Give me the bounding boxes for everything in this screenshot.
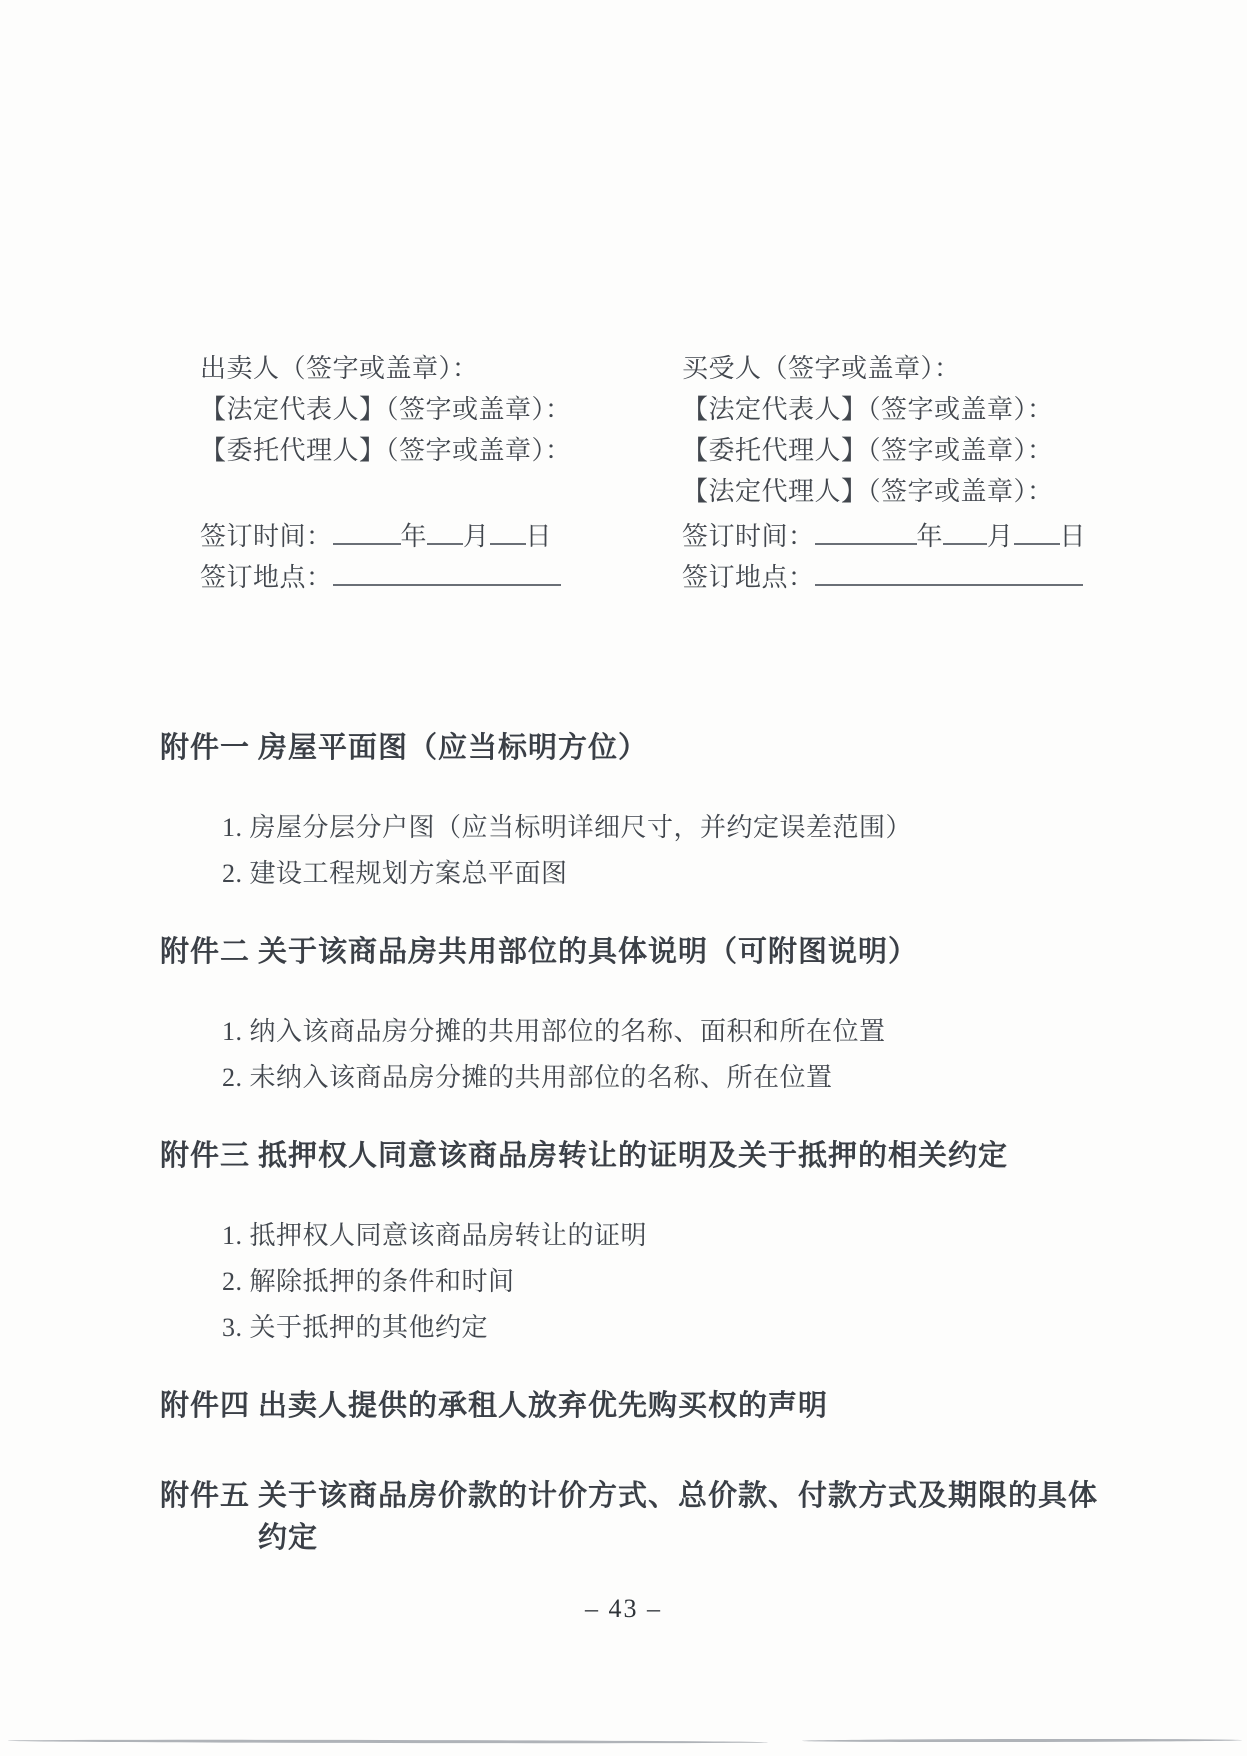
attachments-list: 附件一 房屋平面图（应当标明方位） 1. 房屋分层分户图（应当标明详细尺寸，并约… xyxy=(160,727,1160,1559)
attachment-2-label: 附件二 xyxy=(160,931,258,973)
attachment-3-items: 1. 抵押权人同意该商品房转让的证明 2. 解除抵押的条件和时间 3. 关于抵押… xyxy=(222,1213,1160,1351)
day-label: 日 xyxy=(1060,522,1087,551)
signing-date-label: 签订时间： xyxy=(682,522,815,551)
day-label: 日 xyxy=(526,522,553,551)
signing-date-year-blank xyxy=(815,517,917,545)
seller-signing-date-line: 签订时间：年月日 xyxy=(200,516,682,557)
attachment-section-4: 附件四 出卖人提供的承租人放弃优先购买权的声明 xyxy=(160,1385,1160,1427)
seller-signature-column: 出卖人（签字或盖章）： 【法定代表人】（签字或盖章）： 【委托代理人】（签字或盖… xyxy=(200,348,682,598)
list-item: 1. 抵押权人同意该商品房转让的证明 xyxy=(222,1213,1160,1259)
attachment-3-label: 附件三 xyxy=(160,1135,258,1177)
attachment-1-label: 附件一 xyxy=(160,727,258,769)
attachment-1-items: 1. 房屋分层分户图（应当标明详细尺寸，并约定误差范围） 2. 建设工程规划方案… xyxy=(222,805,1160,897)
buyer-signature-column: 买受人（签字或盖章）： 【法定代表人】（签字或盖章）： 【委托代理人】（签字或盖… xyxy=(682,348,1086,598)
attachment-1-heading: 附件一 房屋平面图（应当标明方位） xyxy=(160,727,1160,769)
attachment-section-3: 附件三 抵押权人同意该商品房转让的证明及关于抵押的相关约定 1. 抵押权人同意该… xyxy=(160,1135,1160,1351)
list-item: 2. 建设工程规划方案总平面图 xyxy=(222,851,1160,897)
attachment-5-label: 附件五 xyxy=(160,1475,258,1559)
buyer-signing-date-line: 签订时间：年月日 xyxy=(682,516,1086,557)
signing-date-day-blank xyxy=(1014,517,1060,545)
seller-party-line: 出卖人（签字或盖章）： xyxy=(200,348,682,389)
signing-place-blank xyxy=(333,558,561,586)
buyer-legal-agent-line: 【法定代理人】（签字或盖章）： xyxy=(682,471,1086,512)
signing-date-month-blank xyxy=(943,517,987,545)
list-item: 1. 纳入该商品房分摊的共用部位的名称、面积和所在位置 xyxy=(222,1009,1160,1055)
attachment-5-title: 关于该商品房价款的计价方式、总价款、付款方式及期限的具体约定 xyxy=(258,1475,1106,1559)
buyer-party-line: 买受人（签字或盖章）： xyxy=(682,348,1086,389)
signing-date-year-blank xyxy=(333,517,401,545)
attachment-2-heading: 附件二 关于该商品房共用部位的具体说明（可附图说明） xyxy=(160,931,1160,973)
page-number: – 43 – xyxy=(0,1594,1247,1624)
attachment-3-heading: 附件三 抵押权人同意该商品房转让的证明及关于抵押的相关约定 xyxy=(160,1135,1160,1177)
attachment-1-title: 房屋平面图（应当标明方位） xyxy=(258,727,648,769)
seller-entrusted-agent-line: 【委托代理人】（签字或盖章）： xyxy=(200,430,682,471)
month-label: 月 xyxy=(987,522,1014,551)
list-item: 2. 解除抵押的条件和时间 xyxy=(222,1259,1160,1305)
attachment-5-heading: 附件五 关于该商品房价款的计价方式、总价款、付款方式及期限的具体约定 xyxy=(160,1475,1160,1559)
buyer-signing-place-line: 签订地点： xyxy=(682,557,1086,598)
signing-date-day-blank xyxy=(490,517,526,545)
signing-date-label: 签订时间： xyxy=(200,522,333,551)
attachment-2-title: 关于该商品房共用部位的具体说明（可附图说明） xyxy=(258,931,918,973)
list-item: 1. 房屋分层分户图（应当标明详细尺寸，并约定误差范围） xyxy=(222,805,1160,851)
attachment-4-title: 出卖人提供的承租人放弃优先购买权的声明 xyxy=(258,1385,828,1427)
signing-place-blank xyxy=(815,558,1083,586)
attachment-4-heading: 附件四 出卖人提供的承租人放弃优先购买权的声明 xyxy=(160,1385,1160,1427)
attachment-4-label: 附件四 xyxy=(160,1385,258,1427)
attachment-section-5: 附件五 关于该商品房价款的计价方式、总价款、付款方式及期限的具体约定 xyxy=(160,1475,1160,1559)
seller-signing-place-line: 签订地点： xyxy=(200,557,682,598)
signing-place-label: 签订地点： xyxy=(200,563,333,592)
month-label: 月 xyxy=(463,522,490,551)
signature-block: 出卖人（签字或盖章）： 【法定代表人】（签字或盖章）： 【委托代理人】（签字或盖… xyxy=(200,348,1086,598)
signing-place-label: 签订地点： xyxy=(682,563,815,592)
seller-legal-rep-line: 【法定代表人】（签字或盖章）： xyxy=(200,389,682,430)
attachment-2-items: 1. 纳入该商品房分摊的共用部位的名称、面积和所在位置 2. 未纳入该商品房分摊… xyxy=(222,1009,1160,1101)
list-item: 3. 关于抵押的其他约定 xyxy=(222,1305,1160,1351)
attachment-3-title: 抵押权人同意该商品房转让的证明及关于抵押的相关约定 xyxy=(258,1135,1008,1177)
scan-artifact-line xyxy=(802,1739,1242,1743)
attachment-section-2: 附件二 关于该商品房共用部位的具体说明（可附图说明） 1. 纳入该商品房分摊的共… xyxy=(160,931,1160,1101)
buyer-entrusted-agent-line: 【委托代理人】（签字或盖章）： xyxy=(682,430,1086,471)
signing-date-month-blank xyxy=(427,517,463,545)
attachment-section-1: 附件一 房屋平面图（应当标明方位） 1. 房屋分层分户图（应当标明详细尺寸，并约… xyxy=(160,727,1160,897)
document-page: 出卖人（签字或盖章）： 【法定代表人】（签字或盖章）： 【委托代理人】（签字或盖… xyxy=(0,0,1247,1756)
scan-artifact-line xyxy=(8,1739,768,1744)
year-label: 年 xyxy=(917,522,944,551)
list-item: 2. 未纳入该商品房分摊的共用部位的名称、所在位置 xyxy=(222,1055,1160,1101)
year-label: 年 xyxy=(401,522,428,551)
buyer-legal-rep-line: 【法定代表人】（签字或盖章）： xyxy=(682,389,1086,430)
